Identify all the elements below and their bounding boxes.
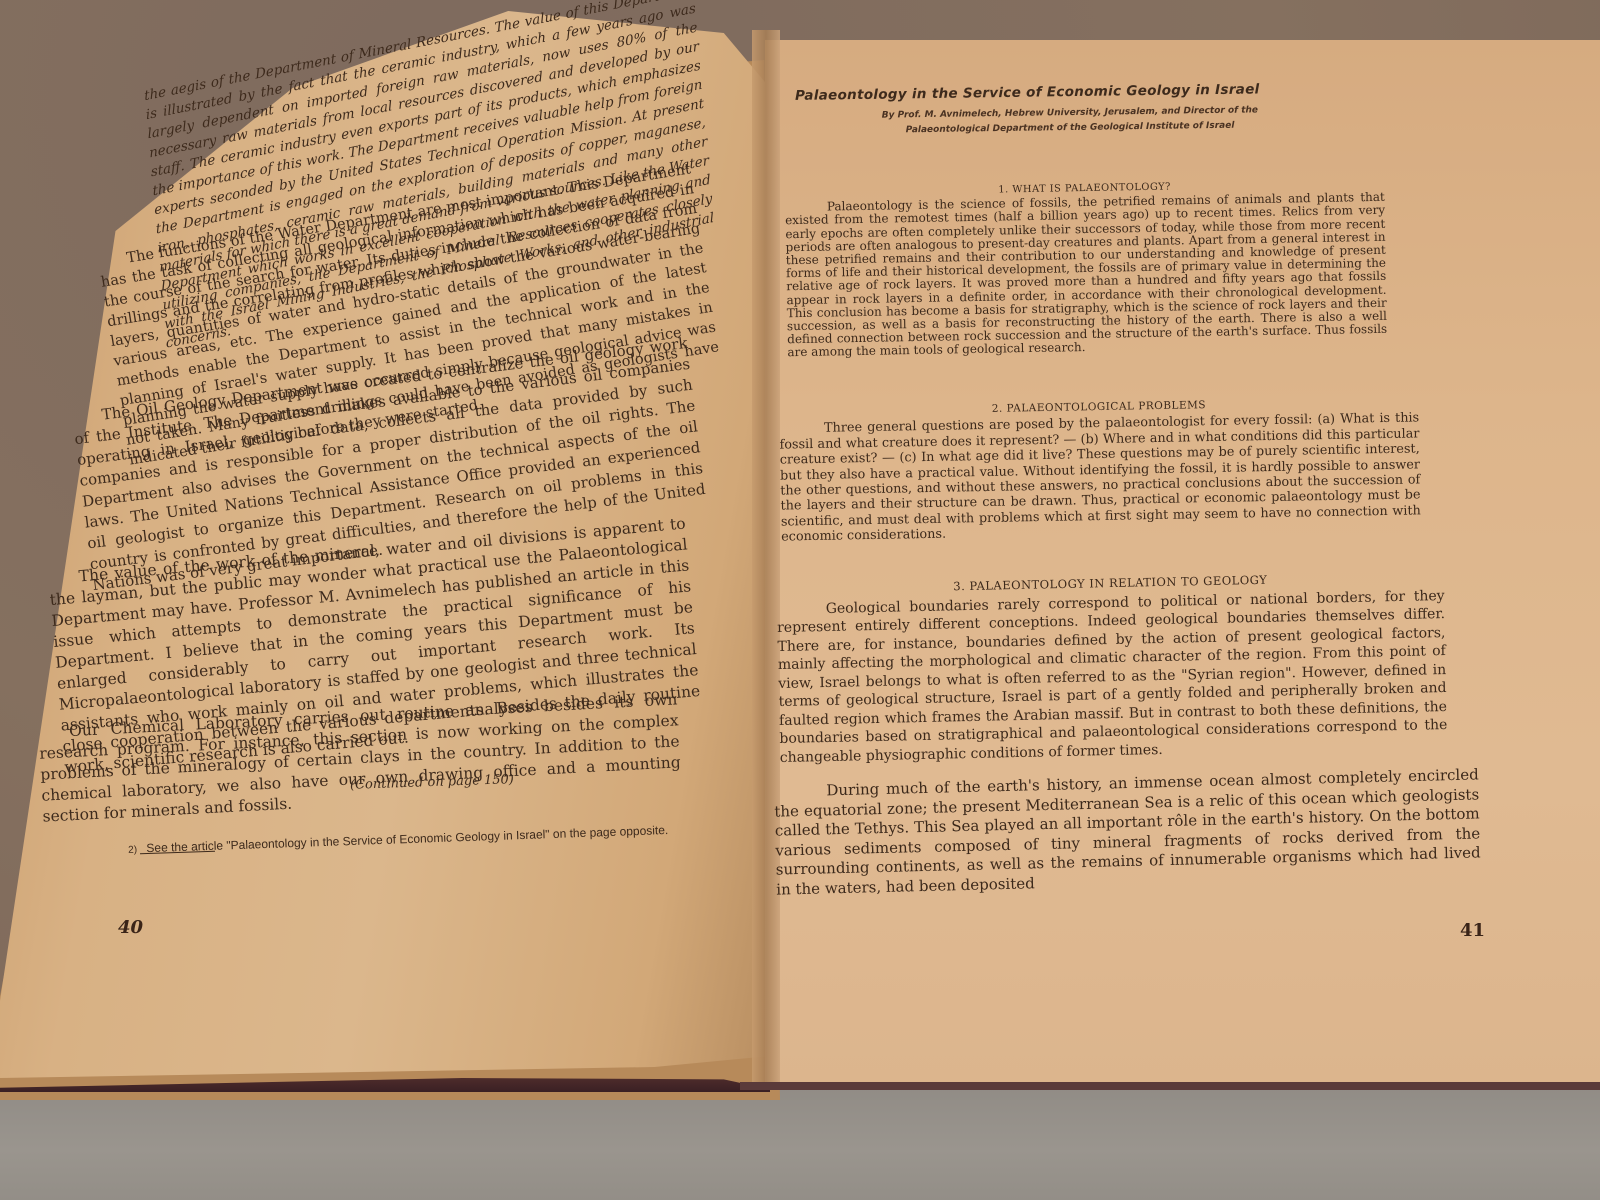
section-3-continued: During much of the earth's history, an i…	[774, 765, 1482, 900]
section-3-paragraph-2: During much of the earth's history, an i…	[774, 765, 1482, 900]
section-1-paragraph-1: Palaeontology is the science of fossils,…	[785, 191, 1388, 360]
footnote-marker: 2)	[128, 845, 137, 856]
section-2-paragraph-1: Three general questions are posed by the…	[779, 411, 1421, 545]
page-number-right: 41	[1460, 920, 1485, 941]
book-cover-edge-right	[740, 1082, 1600, 1090]
section-3: 3. PALAEONTOLOGY IN RELATION TO GEOLOGY …	[776, 565, 1448, 767]
page-number-left: 40	[118, 917, 143, 938]
section-3-paragraph-1: Geological boundaries rarely correspond …	[777, 587, 1448, 767]
section-2: 2. PALAEONTOLOGICAL PROBLEMS Three gener…	[779, 392, 1421, 545]
section-1: 1. WHAT IS PALAEONTOLOGY? Palaeontology …	[785, 175, 1388, 360]
book-gutter	[752, 30, 780, 1090]
